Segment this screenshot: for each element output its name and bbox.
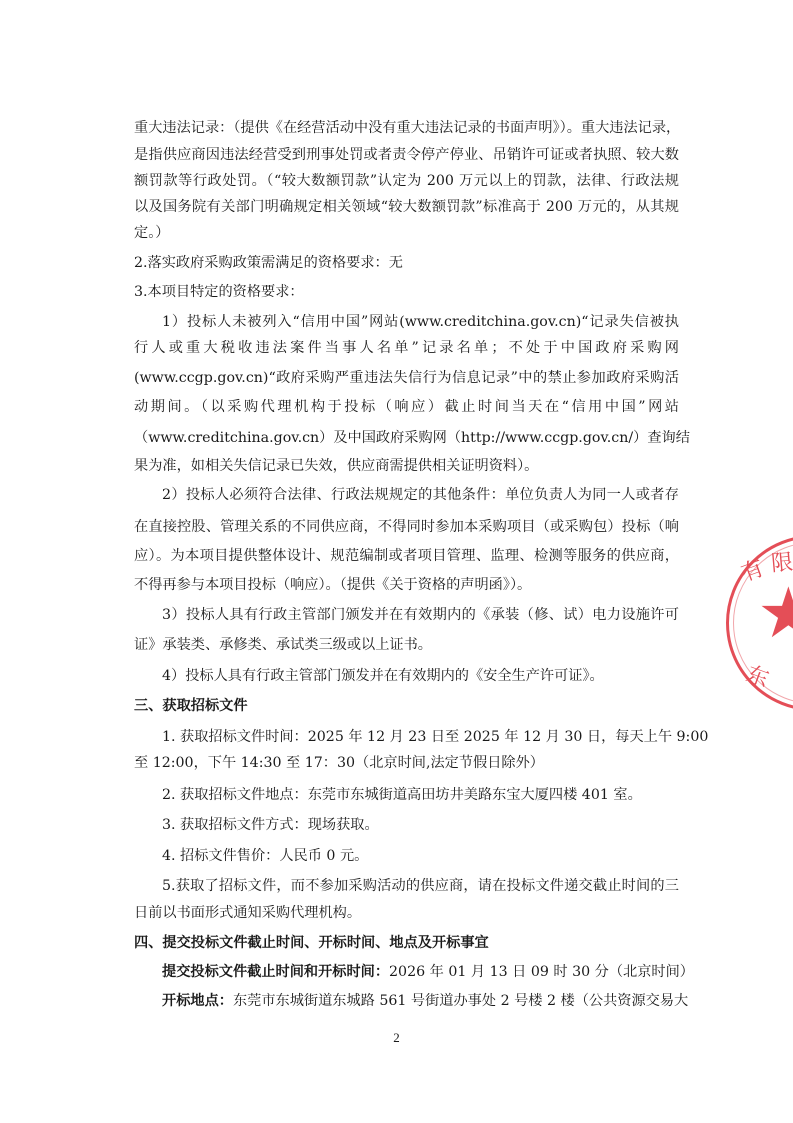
requirement-3-4: 4）投标人具有行政主管部门颁发并在有效期内的《安全生产许可证》。 xyxy=(162,666,679,686)
section-3-item-2: 2. 获取招标文件地点：东莞市东城街道高田坊井美路东宝大厦四楼 401 室。 xyxy=(162,785,679,805)
document-page: 重大违法记录：（提供《在经营活动中没有重大违法记录的书面声明》）。重大违法记录，… xyxy=(0,0,793,1123)
section-3-item-5: 5.获取了招标文件，而不参加采购活动的供应商，请在投标文件递交截止时间的三 xyxy=(162,876,679,896)
deadline-line: 提交投标文件截止时间和开标时间：2026 年 01 月 13 日 09 时 30… xyxy=(162,962,679,982)
requirement-3-2: 2）投标人必须符合法律、行政法规规定的其他条件：单位负责人为同一人或者存 xyxy=(162,485,679,505)
paragraph-line: 额罚款等行政处罚。（“较大数额罚款”认定为 200 万元以上的罚款，法律、行政法… xyxy=(134,171,679,191)
requirement-3-3: 3）投标人具有行政主管部门颁发并在有效期内的《承装（修、试）电力设施许可 xyxy=(162,605,679,625)
section-3-item-3: 3. 获取招标文件方式：现场获取。 xyxy=(162,815,679,835)
requirement-3-title: 3.本项目特定的资格要求： xyxy=(134,282,679,302)
paragraph-line: （www.creditchina.gov.cn）及中国政府采购网（http://… xyxy=(134,428,679,448)
location-line: 开标地点：东莞市东城街道东城路 561 号街道办事处 2 号楼 2 楼（公共资源… xyxy=(162,991,679,1011)
location-value: 东莞市东城街道东城路 561 号街道办事处 2 号楼 2 楼（公共资源交易大 xyxy=(233,993,688,1009)
section-4-heading: 四、提交投标文件截止时间、开标时间、地点及开标事宜 xyxy=(134,933,679,953)
paragraph-line: 不得再参与本项目投标（响应）。（提供《关于资格的声明函》）。 xyxy=(134,575,679,595)
requirement-3-1: 1）投标人未被列入“信用中国”网站(www.creditchina.gov.cn… xyxy=(162,312,679,332)
paragraph-line: 应）。为本项目提供整体设计、规范编制或者项目管理、监理、检测等服务的供应商， xyxy=(134,546,679,566)
requirement-2: 2.落实政府采购政策需满足的资格要求：无 xyxy=(134,253,679,273)
paragraph-line: 重大违法记录：（提供《在经营活动中没有重大违法记录的书面声明》）。重大违法记录， xyxy=(134,118,679,138)
star-icon: ★ xyxy=(757,578,793,648)
paragraph-line: 在直接控股、管理关系的不同供应商，不得同时参加本采购项目（或采购包）投标（响 xyxy=(134,517,679,537)
page-number: 2 xyxy=(0,1030,793,1046)
deadline-label: 提交投标文件截止时间和开标时间： xyxy=(162,964,389,980)
section-3-item-4: 4. 招标文件售价：人民币 0 元。 xyxy=(162,846,679,866)
paragraph-line: 定。） xyxy=(134,223,679,243)
paragraph-line: 行人或重大税收违法案件当事人名单”记录名单；不处于中国政府采购网 xyxy=(134,338,679,358)
deadline-value: 2026 年 01 月 13 日 09 时 30 分（北京时间） xyxy=(389,964,694,980)
paragraph-line: 是指供应商因违法经营受到刑事处罚或者责令停产停业、吊销许可证或者执照、较大数 xyxy=(134,145,679,165)
paragraph-line: 以及国务院有关部门明确规定相关领域“较大数额罚款”标准高于 200 万元的，从其… xyxy=(134,197,679,217)
paragraph-line: 日前以书面形式通知采购代理机构。 xyxy=(134,903,679,923)
paragraph-line: 至 12:00，下午 14:30 至 17：30（北京时间,法定节假日除外） xyxy=(134,753,679,773)
company-seal: 有 限 ★ 东 xyxy=(726,535,793,711)
paragraph-line: (www.ccgp.gov.cn)“政府采购严重违法失信行为信息记录”中的禁止参… xyxy=(134,368,679,388)
paragraph-line: 证》承装类、承修类、承试类三级或以上证书。 xyxy=(134,635,679,655)
section-3-heading: 三、获取招标文件 xyxy=(134,696,679,716)
paragraph-line: 果为准，如相关失信记录已失效，供应商需提供相关证明资料）。 xyxy=(134,456,679,476)
section-3-item-1: 1. 获取招标文件时间：2025 年 12 月 23 日至 2025 年 12 … xyxy=(162,727,679,747)
paragraph-line: 动期间。（以采购代理机构于投标（响应）截止时间当天在“信用中国”网站 xyxy=(134,397,679,417)
location-label: 开标地点： xyxy=(162,993,233,1009)
